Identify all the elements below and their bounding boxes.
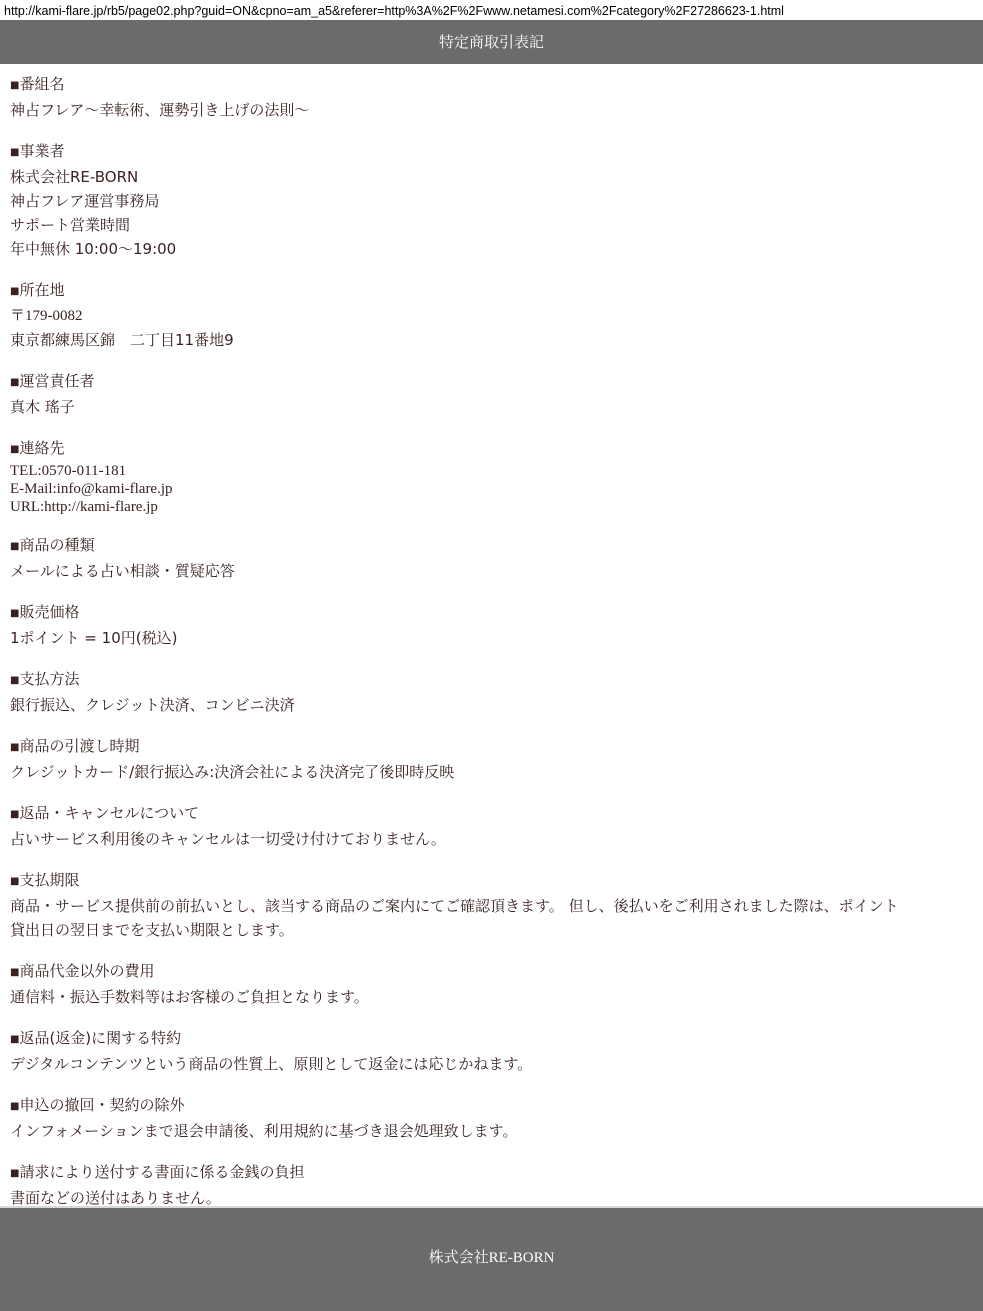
section-payment-deadline: ■支払期限 商品・サービス提供前の前払いとし、該当する商品のご案内にてご確認頂き… [10, 868, 973, 942]
page-title: 特定商取引表記 [439, 33, 544, 51]
section-line: 占いサービス利用後のキャンセルは一切受け付けておりません。 [10, 827, 973, 851]
section-title: ■番組名 [10, 72, 973, 98]
contact-email: E-Mail:info@kami-flare.jp [10, 480, 973, 498]
section-title: ■運営責任者 [10, 369, 973, 395]
section-product-type: ■商品の種類 メールによる占い相談・質疑応答 [10, 533, 973, 583]
section-line: 銀行振込、クレジット決済、コンビニ決済 [10, 693, 973, 717]
section-line: 通信料・振込手数料等はお客様のご負担となります。 [10, 985, 973, 1009]
section-line: 真木 瑤子 [10, 395, 973, 419]
section-title: ■請求により送付する書面に係る金銭の負担 [10, 1160, 973, 1186]
content: ■番組名 神占フレア～幸転術、運勢引き上げの法則～ ■事業者 株式会社RE-BO… [0, 64, 983, 1210]
page-footer: 株式会社RE-BORN [0, 1206, 983, 1311]
section-title: ■返品(返金)に関する特約 [10, 1026, 973, 1052]
section-line: 〒179-0082 [10, 304, 973, 328]
section-title: ■商品の種類 [10, 533, 973, 559]
section-line: インフォメーションまで退会申請後、利用規約に基づき退会処理致します。 [10, 1119, 973, 1143]
section-title: ■支払方法 [10, 667, 973, 693]
section-payment-method: ■支払方法 銀行振込、クレジット決済、コンビニ決済 [10, 667, 973, 717]
section-line: メールによる占い相談・質疑応答 [10, 559, 973, 583]
section-program-name: ■番組名 神占フレア～幸転術、運勢引き上げの法則～ [10, 72, 973, 122]
section-line: 貸出日の翌日までを支払い期限とします。 [10, 918, 973, 942]
section-line: 東京都練馬区錦 二丁目11番地9 [10, 328, 973, 352]
section-withdrawal: ■申込の撤回・契約の除外 インフォメーションまで退会申請後、利用規約に基づき退会… [10, 1093, 973, 1143]
contact-tel: TEL:0570-011-181 [10, 462, 973, 480]
section-title: ■事業者 [10, 139, 973, 165]
section-title: ■商品の引渡し時期 [10, 734, 973, 760]
section-line: 1ポイント = 10円(税込) [10, 626, 973, 650]
section-other-fees: ■商品代金以外の費用 通信料・振込手数料等はお客様のご負担となります。 [10, 959, 973, 1009]
section-line: サポート営業時間 [10, 213, 973, 237]
section-title: ■商品代金以外の費用 [10, 959, 973, 985]
section-cancellation: ■返品・キャンセルについて 占いサービス利用後のキャンセルは一切受け付けておりま… [10, 801, 973, 851]
section-line: 神占フレア運営事務局 [10, 189, 973, 213]
section-business-operator: ■事業者 株式会社RE-BORN 神占フレア運営事務局 サポート営業時間 年中無… [10, 139, 973, 261]
section-line: 神占フレア～幸転術、運勢引き上げの法則～ [10, 98, 973, 122]
section-refund-terms: ■返品(返金)に関する特約 デジタルコンテンツという商品の性質上、原則として返金… [10, 1026, 973, 1076]
section-contact: ■連絡先 TEL:0570-011-181 E-Mail:info@kami-f… [10, 436, 973, 516]
url-bar[interactable]: http://kami-flare.jp/rb5/page02.php?guid… [0, 0, 983, 20]
section-title: ■返品・キャンセルについて [10, 801, 973, 827]
footer-company-name: 株式会社RE-BORN [429, 1250, 555, 1266]
section-price: ■販売価格 1ポイント = 10円(税込) [10, 600, 973, 650]
page-header: 特定商取引表記 [0, 20, 983, 64]
section-address: ■所在地 〒179-0082 東京都練馬区錦 二丁目11番地9 [10, 278, 973, 352]
section-line: 株式会社RE-BORN [10, 165, 973, 189]
section-title: ■所在地 [10, 278, 973, 304]
section-line: クレジットカード/銀行振込み:決済会社による決済完了後即時反映 [10, 760, 973, 784]
contact-url: URL:http://kami-flare.jp [10, 498, 973, 516]
section-manager: ■運営責任者 真木 瑤子 [10, 369, 973, 419]
section-line: 年中無休 10:00～19:00 [10, 237, 973, 261]
section-title: ■申込の撤回・契約の除外 [10, 1093, 973, 1119]
section-title: ■販売価格 [10, 600, 973, 626]
section-document-fees: ■請求により送付する書面に係る金銭の負担 書面などの送付はありません。 [10, 1160, 973, 1210]
section-title: ■支払期限 [10, 868, 973, 894]
section-title: ■連絡先 [10, 436, 973, 462]
section-line: デジタルコンテンツという商品の性質上、原則として返金には応じかねます。 [10, 1052, 973, 1076]
section-line: 商品・サービス提供前の前払いとし、該当する商品のご案内にてご確認頂きます。 但し… [10, 894, 973, 918]
section-delivery: ■商品の引渡し時期 クレジットカード/銀行振込み:決済会社による決済完了後即時反… [10, 734, 973, 784]
